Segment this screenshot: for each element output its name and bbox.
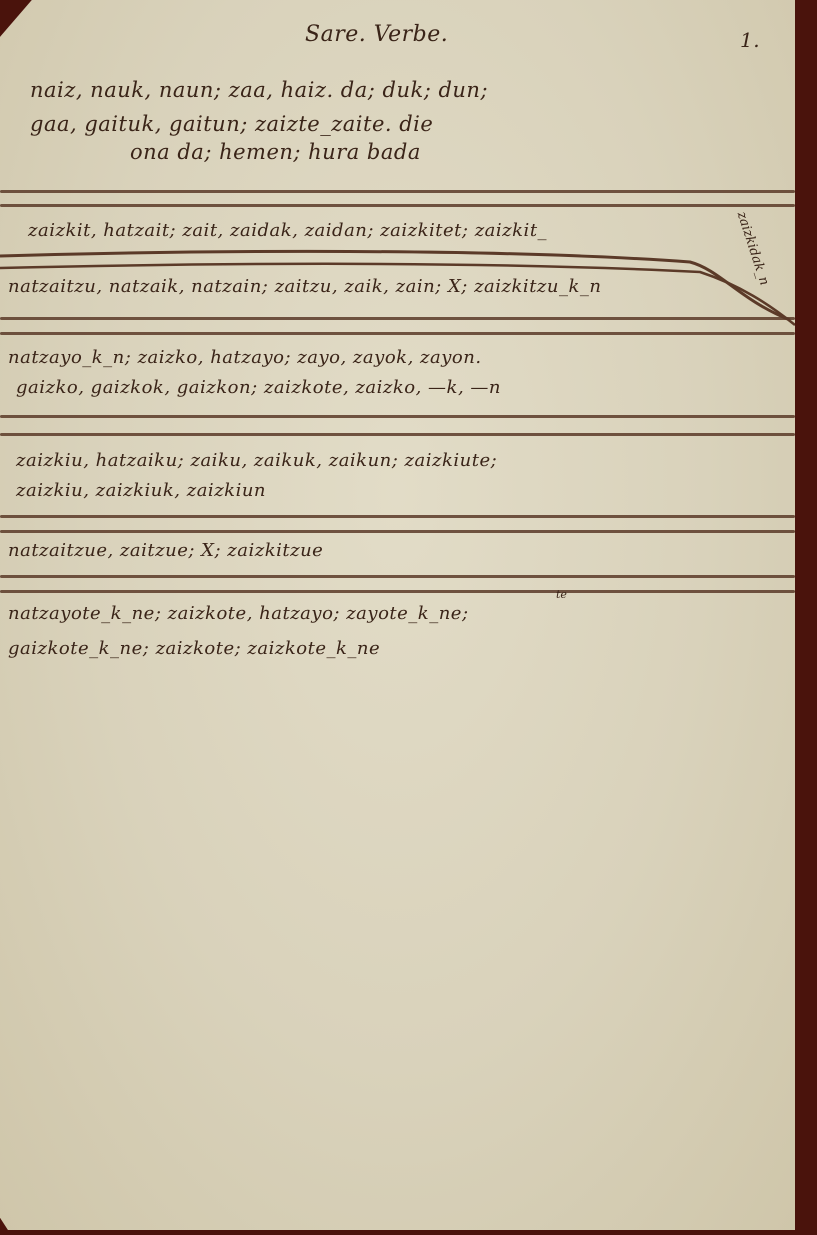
section-4-line-1: zaizkiu, hatzaiku; zaiku, zaikuk, zaikun…	[16, 450, 497, 471]
section-5-line-1: natzaitzue, zaitzue; X; zaizkitzue	[8, 540, 323, 561]
section-6-line-1: natzayote_k_ne; zaizkote, hatzayo; zayot…	[8, 603, 469, 624]
divider-rule	[0, 590, 795, 593]
divider-rule	[0, 530, 795, 533]
divider-rule	[0, 332, 795, 335]
section-6-line-2: gaizkote_k_ne; zaizkote; zaizkote_k_ne	[8, 638, 380, 659]
divider-rule	[0, 575, 795, 578]
divider-rule	[0, 515, 795, 518]
divider-rule	[0, 415, 795, 418]
manuscript-page: Sare. Verbe. 1. naiz, nauk, naun; zaa, h…	[0, 0, 795, 1230]
superscript-note: te	[556, 588, 567, 601]
divider-rule	[0, 433, 795, 436]
section-3-line-1: natzayo_k_n; zaizko, hatzayo; zayo, zayo…	[8, 347, 482, 368]
section-2-line-1: natzaitzu, natzaik, natzain; zaitzu, zai…	[8, 276, 602, 297]
section-3-line-2: gaizko, gaizkok, gaizkon; zaizkote, zaiz…	[16, 377, 501, 398]
divider-rule	[0, 317, 795, 320]
section-4-line-2: zaizkiu, zaizkiuk, zaizkiun	[16, 480, 266, 501]
